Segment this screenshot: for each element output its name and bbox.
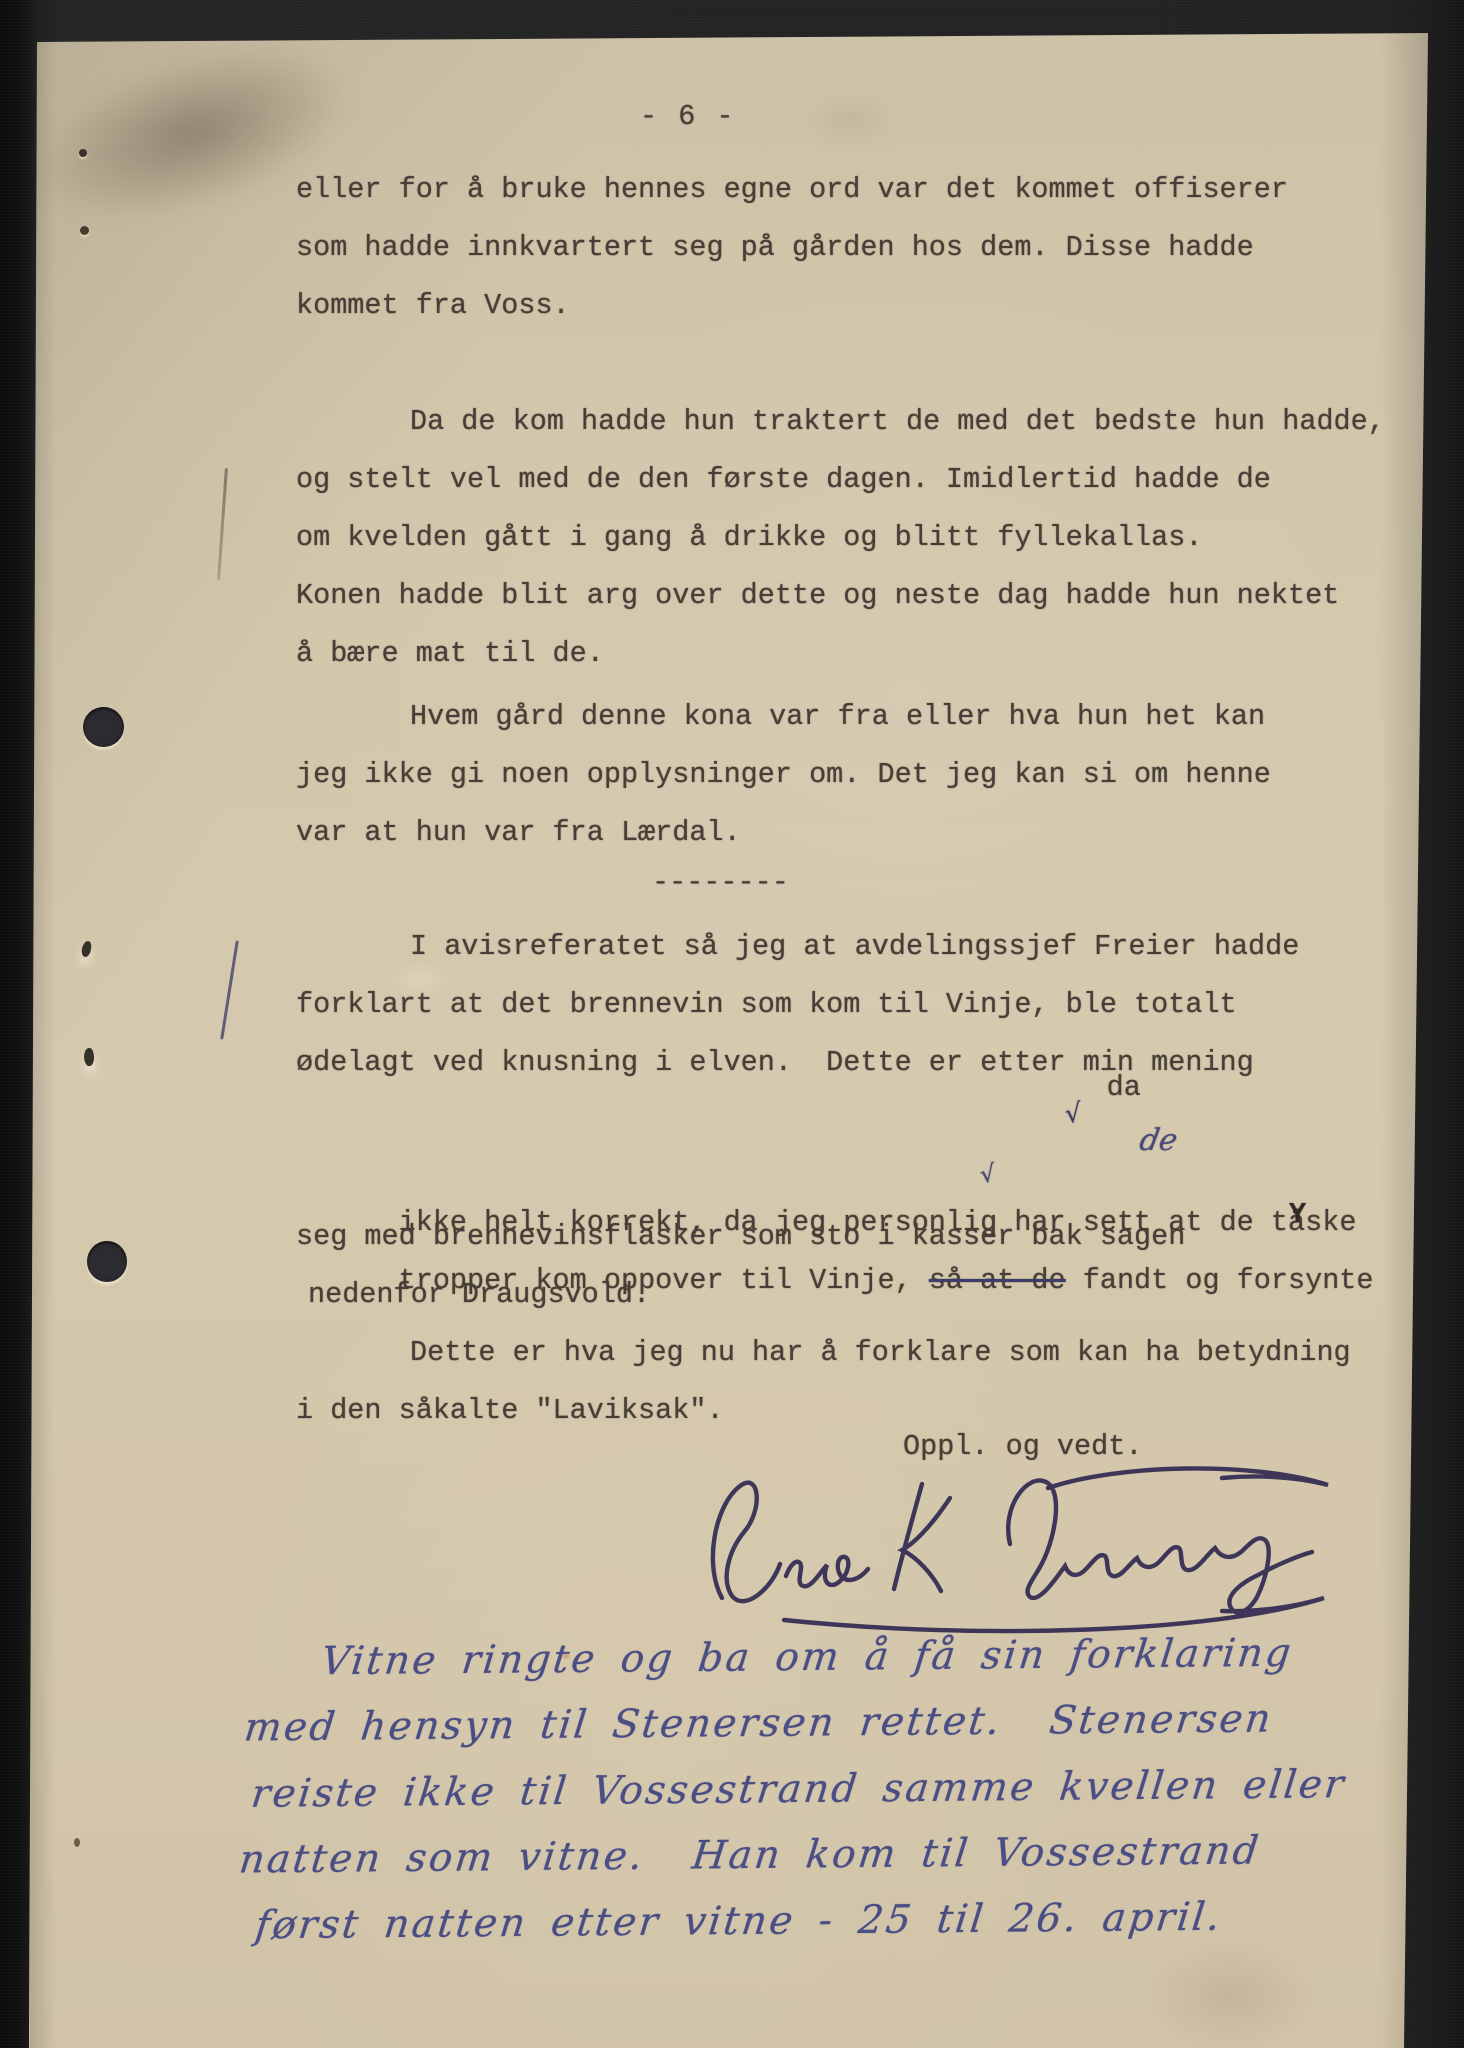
typed-line: Hvem gård denne kona var fra eller hva h… — [410, 700, 1265, 734]
typed-line: som hadde innkvartert seg på gården hos … — [296, 231, 1254, 265]
typed-insertion-above: da — [1107, 1071, 1141, 1105]
right-edge-shadow — [1380, 33, 1428, 2048]
typed-line: Da de kom hadde hun traktert de med det … — [410, 405, 1385, 439]
typed-line-corrected-tyske: da √ ikke helt korrekt, da jeg personlig… — [296, 1104, 1356, 1274]
typed-line: I avisreferatet så jeg at avdelingssjef … — [410, 930, 1299, 964]
section-separator: -------- — [652, 866, 789, 900]
overtype-strike-character: Y — [1289, 1198, 1306, 1232]
left-edge-shadow — [30, 40, 56, 2048]
ink-caret-mark: √ — [1063, 1096, 1083, 1132]
pencil-margin-mark — [217, 468, 228, 580]
struck-through-text: så at de — [929, 1264, 1066, 1297]
pinhole-defect — [79, 149, 87, 157]
pinhole-defect — [80, 226, 89, 235]
typed-line: å bære mat til de. — [296, 637, 604, 671]
closing-attestation: Oppl. og vedt. — [903, 1430, 1142, 1464]
handwritten-note-line: med hensyn til Stenersen rettet. Steners… — [242, 1698, 1275, 1751]
page-number: - 6 - — [640, 100, 736, 134]
typed-line: seg med brennevinsflasker som sto i kass… — [296, 1220, 1185, 1254]
paper-speck — [74, 1838, 80, 1847]
typed-line: ødelagt ved knusning i elven. Dette er e… — [296, 1046, 1254, 1080]
typed-text: og forsynte — [1185, 1264, 1373, 1297]
ink-caret-mark: √ — [978, 1156, 998, 1192]
handwritten-note-line: natten som vitne. Han kom til Vossestran… — [237, 1830, 1263, 1883]
handwritten-note-line: Vitne ringte og ba om å få sin forklarin… — [319, 1632, 1295, 1684]
typed-text: de t — [1220, 1206, 1288, 1239]
typed-line: var at hun var fra Lærdal. — [296, 816, 741, 850]
typed-line: Konen hadde blit arg over dette og neste… — [296, 579, 1339, 613]
ink-insertion-above: de — [1137, 1126, 1179, 1156]
typed-text: tropper kom oppover til Vinje, — [399, 1264, 929, 1297]
typed-line-corrected-fandt: de √ tropper kom oppover til Vinje, så a… — [296, 1162, 1374, 1332]
handwritten-note-line: først natten etter vitne - 25 til 26. ap… — [253, 1896, 1225, 1948]
typed-text: fandt — [1066, 1264, 1169, 1297]
punch-hole — [87, 1241, 127, 1282]
overtyped-character: åY — [1288, 1206, 1305, 1240]
typed-line: om kvelden gått i gang å drikke og blitt… — [296, 521, 1202, 555]
corner-crease-shadow — [13, 13, 372, 253]
typed-line: kommet fra Voss. — [296, 289, 570, 323]
typed-text: ske — [1305, 1206, 1356, 1239]
typed-line: jeg ikke gi noen opplysninger om. Det je… — [296, 758, 1271, 792]
typed-line: nedenfor Draugsvold. — [308, 1278, 650, 1312]
handwritten-note-line: reiste ikke til Vossestrand samme kvelle… — [249, 1763, 1348, 1817]
typed-line: forklart at det brennevin som kom til Vi… — [296, 988, 1237, 1022]
ink-margin-mark — [220, 940, 239, 1039]
typed-line: eller for å bruke hennes egne ord var de… — [296, 173, 1288, 207]
punch-hole — [83, 707, 124, 747]
typed-line: i den såkalte "Laviksak". — [296, 1394, 724, 1428]
paper-tear — [81, 940, 92, 957]
typed-text: ikke helt korrekt, da jeg personlig har … — [399, 1206, 1203, 1239]
typed-line: og stelt vel med de den første dagen. Im… — [296, 463, 1271, 497]
paper-tear — [83, 1048, 95, 1067]
typed-line: Dette er hva jeg nu har å forklare som k… — [410, 1336, 1351, 1370]
signature — [688, 1448, 1368, 1643]
document-page: - 6 - eller for å bruke hennes egne ord … — [0, 0, 1464, 2048]
scan-backdrop: - 6 - eller for å bruke hennes egne ord … — [0, 0, 1464, 2048]
